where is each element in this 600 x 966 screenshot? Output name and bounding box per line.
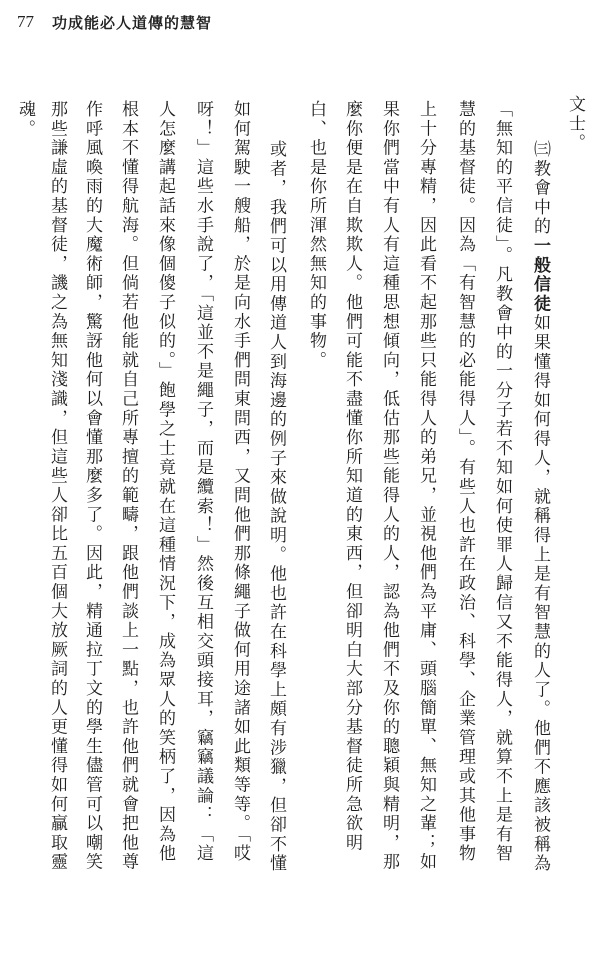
text-column-15: 那些謙虛的基督徒，譏之為無知淺識，但這些人卻比五百個大放厥詞的人更懂得如何贏取靈 <box>46 100 68 872</box>
text-column-14: 作呼風喚雨的大魔術師，驚訝他何以會懂那麼多了。因此，精通拉丁文的學生儘管可以嘲笑 <box>81 100 103 872</box>
text-column-4: 慧的基督徒。因為「有智慧的必能得人」。有些人也許在政治、科學、企業管理或其他事物 <box>454 100 476 864</box>
text-column-13: 根本不懂得航海。但倘若他能就自己所專擅的範疇，跟他們談上一點，也許他們就會把他尊 <box>117 100 139 872</box>
vertical-text-body: 文士。 ㈢教會中的一般信徒如果懂得如何得人，就稱得上是有智慧的人了。他們不應該被… <box>0 0 600 966</box>
text-column-8: 白、也是你所渾然無知的事物。 <box>305 100 327 370</box>
text-column-1: 文士。 <box>564 95 586 153</box>
text-column-11: 呀！」這些水手說了，「這並不是繩子，而是纜索！」然後互相交頭接耳，竊竊議論：「這 <box>192 100 214 864</box>
text-column-12: 人怎麼講起話來像個傻子似的。」飽學之士竟就在這種情況下，成為眾人的笑柄了，因為他 <box>154 100 176 864</box>
text-column-10: 如何駕駛一艘船，於是向水手們問東問西，又問他們那條繩子做何用途諸如此類等等。「哎 <box>229 100 251 864</box>
text-column-16: 魂。 <box>14 100 36 139</box>
text-column-9: 或者，我們可以用傳道人到海邊的例子來做說明。他也許在科學上頗有涉獵，但卻不懂 <box>265 140 287 873</box>
section-enumerator: ㈢教會中的 <box>530 140 550 237</box>
emphasis-lay-believers: 一般信徒 <box>530 237 550 314</box>
text-column-7: 麼你便是在自欺欺人。他們可能不盡懂你所知道的東西，但卻明白大部分基督徒所急欲明 <box>341 100 363 853</box>
text-column-2: ㈢教會中的一般信徒如果懂得如何得人，就稱得上是有智慧的人了。他們不應該被稱為 <box>529 140 551 873</box>
text-column-3: 「無知的平信徒」。凡教會中的一分子若不知如何使罪人歸信又不能得人，就算不上是有智 <box>491 100 513 864</box>
text-column-5: 上十分專精，因此看不起那些只能得人的弟兄，並視他們為平庸、頭腦簡單、無知之輩；如 <box>415 100 437 872</box>
text-column-6: 果你們當中有人有這種思想傾向，低估那些能得人的人，認為他們不及你的聰穎與精明，那 <box>378 100 400 872</box>
